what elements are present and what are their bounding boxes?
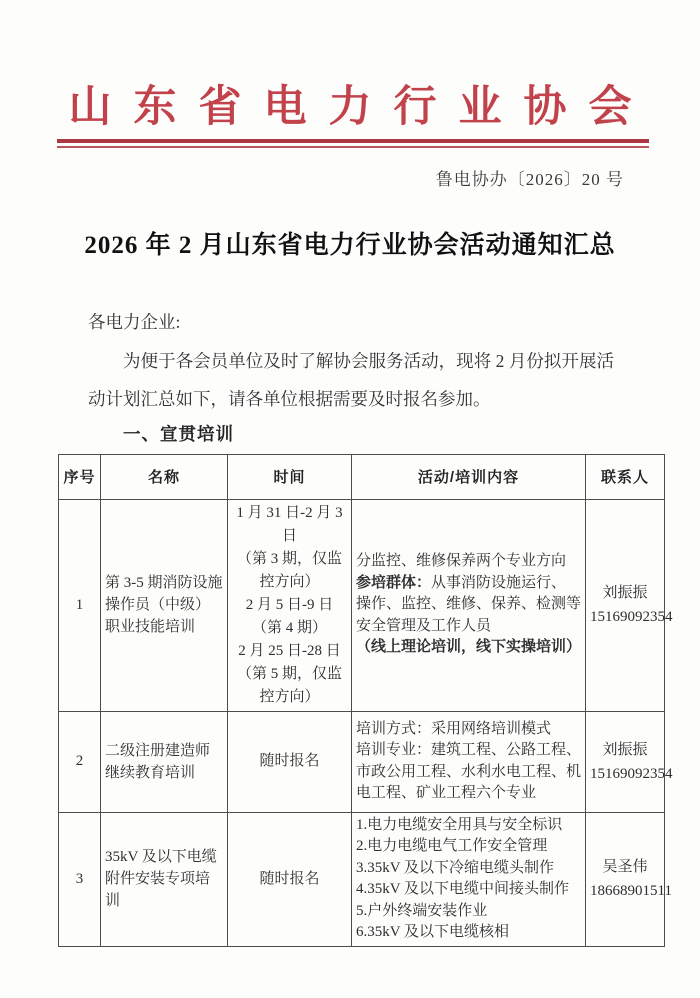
- page-title: 2026 年 2 月山东省电力行业协会活动通知汇总: [20, 230, 680, 261]
- table-row: 2 二级注册建造师继续教育培训 随时报名 培训方式：采用网络培训模式 培训专业：…: [59, 711, 665, 812]
- salutation: 各电力企业:: [88, 309, 614, 334]
- doc-number: 鲁电协办〔2026〕20 号: [0, 165, 700, 190]
- column-header-content: 活动/培训内容: [352, 454, 586, 499]
- content-note-text: （线上理论培训，线下实操培训）: [356, 639, 581, 655]
- body-block: 各电力企业: 为便于各会员单位及时了解协会服务活动，现将 2 月份拟开展活动计划…: [88, 309, 614, 446]
- contact-name: 刘振振: [590, 738, 660, 762]
- contact-name: 吴圣伟: [590, 855, 660, 879]
- red-divider-rule: [57, 139, 649, 148]
- table-row: 3 35kV 及以下电缆附件安装专项培训 随时报名 1.电力电缆安全用具与安全标…: [59, 812, 665, 946]
- training-content: 培训方式：采用网络培训模式 培训专业：建筑工程、公路工程、市政公用工程、水利水电…: [352, 711, 586, 812]
- contact-cell: 刘振振 15169092354: [586, 499, 665, 711]
- column-header-time: 时间: [228, 454, 352, 499]
- contact-cell: 刘振振 15169092354: [586, 711, 665, 812]
- training-name: 第 3-5 期消防设施操作员（中级）职业技能培训: [101, 499, 228, 711]
- training-name: 35kV 及以下电缆附件安装专项培训: [101, 812, 228, 946]
- contact-cell: 吴圣伟 18668901511: [586, 812, 665, 946]
- contact-phone: 15169092354: [590, 762, 660, 786]
- row-number: 3: [59, 812, 101, 946]
- training-time: 随时报名: [228, 812, 352, 946]
- column-header-no: 序号: [59, 454, 101, 499]
- content-audience-line: 参培群体：从事消防设施运行、操作、监控、维修、保养、检测等安全管理及工作人员: [356, 573, 581, 638]
- training-content: 1.电力电缆安全用具与安全标识 2.电力电缆电气工作安全管理 3.35kV 及以…: [352, 812, 586, 946]
- content-direction-line: 分监控、维修保养两个专业方向: [356, 551, 581, 573]
- training-time: 随时报名: [228, 711, 352, 812]
- row-number: 1: [59, 499, 101, 711]
- column-header-name: 名称: [101, 454, 228, 499]
- notice-document-page: 山东省电力行业协会 鲁电协办〔2026〕20 号 2026 年 2 月山东省电力…: [0, 0, 700, 998]
- section-heading: 一、宣贯培训: [88, 421, 614, 446]
- contact-phone: 18668901511: [590, 879, 660, 903]
- training-content: 分监控、维修保养两个专业方向 参培群体：从事消防设施运行、操作、监控、维修、保养…: [352, 499, 586, 711]
- training-time: 1 月 31 日-2 月 3 日 （第 3 期，仅监控方向） 2 月 5 日-9…: [228, 499, 352, 711]
- training-schedule-table: 序号 名称 时间 活动/培训内容 联系人 1 第 3-5 期消防设施操作员（中级…: [58, 454, 665, 947]
- org-title: 山东省电力行业协会: [0, 0, 700, 131]
- intro-paragraph: 为便于各会员单位及时了解协会服务活动，现将 2 月份拟开展活动计划汇总如下，请各…: [88, 342, 614, 418]
- contact-name: 刘振振: [590, 581, 660, 605]
- content-note-line: （线上理论培训，线下实操培训）: [356, 637, 581, 659]
- row-number: 2: [59, 711, 101, 812]
- column-header-contact: 联系人: [586, 454, 665, 499]
- table-row: 1 第 3-5 期消防设施操作员（中级）职业技能培训 1 月 31 日-2 月 …: [59, 499, 665, 711]
- table-header-row: 序号 名称 时间 活动/培训内容 联系人: [59, 454, 665, 499]
- contact-phone: 15169092354: [590, 605, 660, 629]
- training-name: 二级注册建造师继续教育培训: [101, 711, 228, 812]
- content-audience-label: 参培群体：: [356, 575, 431, 591]
